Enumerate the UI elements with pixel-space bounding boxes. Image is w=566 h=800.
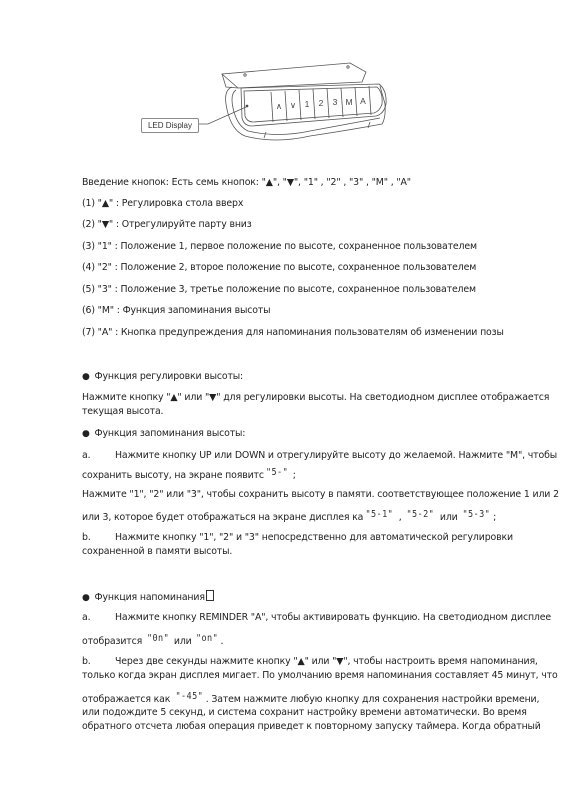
key-1-label: 1 (301, 99, 313, 109)
reminder-a-text-2: отобразится (82, 636, 142, 647)
height-adjust-text-2: текущая высота. (82, 405, 163, 418)
height-adjust-title: Функция регулировки высоты: (95, 371, 244, 382)
punctuation: ; (493, 512, 496, 523)
led-readout-on: "on" (196, 632, 218, 645)
bullet-icon: ● (82, 592, 90, 605)
memory-p-text-2: или 3, которое будет отображаться на экр… (82, 512, 363, 523)
key-down-label: ∨ (287, 100, 299, 110)
or-text: или (174, 636, 192, 647)
list-marker: b. (82, 655, 115, 668)
led-readout-s: "5-" (266, 466, 288, 479)
led-readout-s1: "5-1" (366, 508, 394, 521)
intro-item-up: (1) "▲" : Регулировка стола вверх (82, 197, 243, 210)
reminder-a-line-2: отобразится "0n" или "on". (82, 632, 223, 648)
intro-item-m: (6) "M" : Функция запоминания высоты (82, 304, 270, 317)
reminder-b-line-3: отображается как "-45". Затем нажмите лю… (82, 690, 539, 706)
buttons-intro: Введение кнопок: Есть семь кнопок: "▲", … (82, 176, 411, 189)
height-adjust-text-1: Нажмите кнопку "▲" или "▼" для регулиров… (82, 391, 549, 404)
intro-item-a: (7) "A" : Кнопка предупреждения для напо… (82, 326, 504, 339)
memory-a-text: Нажмите кнопку UP или DOWN и отрегулируй… (115, 450, 557, 461)
key-2-label: 2 (315, 98, 327, 108)
reminder-title: Функция напоминания (95, 592, 205, 603)
memory-p-line-1: Нажмите "1", "2" или "3", чтобы сохранит… (82, 488, 559, 501)
bullet-icon: ● (82, 428, 90, 441)
reminder-b-text-3b: . Затем нажмите любую кнопку для сохране… (206, 694, 540, 705)
manual-page: LED Display ∧ ∨ 1 2 3 M A Введение кнопо… (0, 0, 566, 800)
reminder-heading: ● Функция напоминания (82, 590, 214, 605)
intro-item-2: (4) "2" : Положение 2, второе положение … (82, 261, 476, 274)
led-readout-s3: "5-3" (463, 508, 491, 521)
reminder-b-line-5: обратного отсчета любая операция приведе… (82, 720, 541, 733)
intro-item-down: (2) "▼" : Отрегулируйте парту вниз (82, 218, 252, 231)
reminder-b-line-4: или подождите 5 секунд, и система сохран… (82, 706, 527, 719)
key-3-label: 3 (329, 97, 341, 107)
height-adjust-heading: ● Функция регулировки высоты: (82, 370, 243, 384)
control-panel-drawing-icon (100, 60, 400, 160)
reminder-b-line-1: b.Через две секунды нажмите кнопку "▲" и… (82, 655, 538, 668)
memory-title: Функция запоминания высоты: (95, 428, 246, 439)
memory-a-text-2: сохранить высоту, на экране появитс (82, 470, 264, 481)
punctuation: ; (293, 470, 296, 481)
memory-b-line-2: сохраненной в памяти высоты. (82, 545, 232, 558)
memory-a-line-2: сохранить высоту, на экране появитс"5-" … (82, 466, 296, 482)
punctuation: . (221, 636, 224, 647)
punctuation: , (399, 512, 402, 523)
key-m-label: M (343, 97, 355, 107)
reminder-a-line-1: a.Нажмите кнопку REMINDER "A", чтобы акт… (82, 611, 551, 624)
list-marker: a. (82, 611, 115, 624)
memory-b-text: Нажмите кнопку "1", "2" и "3" непосредст… (115, 532, 513, 543)
key-a-label: A (357, 96, 369, 106)
control-panel-figure: LED Display ∧ ∨ 1 2 3 M A (100, 60, 400, 160)
bullet-icon: ● (82, 371, 90, 384)
list-marker: a. (82, 449, 115, 462)
memory-p-line-2: или 3, которое будет отображаться на экр… (82, 508, 496, 524)
reminder-a-text: Нажмите кнопку REMINDER "A", чтобы актив… (115, 612, 551, 623)
memory-a-line-1: a.Нажмите кнопку UP или DOWN и отрегулир… (82, 449, 557, 462)
list-marker: b. (82, 531, 115, 544)
intro-item-1: (3) "1" : Положение 1, первое положение … (82, 240, 477, 253)
led-display-label: LED Display (141, 118, 199, 133)
reminder-b-text-3: отображается как (82, 694, 170, 705)
key-up-label: ∧ (273, 101, 285, 111)
intro-item-3: (5) "3" : Положение 3, третье положение … (82, 283, 476, 296)
missing-glyph-icon (206, 590, 214, 601)
memory-heading: ● Функция запоминания высоты: (82, 427, 245, 441)
reminder-b-line-2: только когда экран дисплея мигает. По ум… (82, 669, 558, 682)
or-text: или (440, 512, 458, 523)
reminder-b-text: Через две секунды нажмите кнопку "▲" или… (115, 656, 538, 667)
memory-b-line-1: b.Нажмите кнопку "1", "2" и "3" непосред… (82, 531, 513, 544)
led-readout-0n: "0n" (147, 632, 169, 645)
led-readout-45: "-45" (176, 690, 204, 703)
led-readout-s2: "5-2" (407, 508, 435, 521)
